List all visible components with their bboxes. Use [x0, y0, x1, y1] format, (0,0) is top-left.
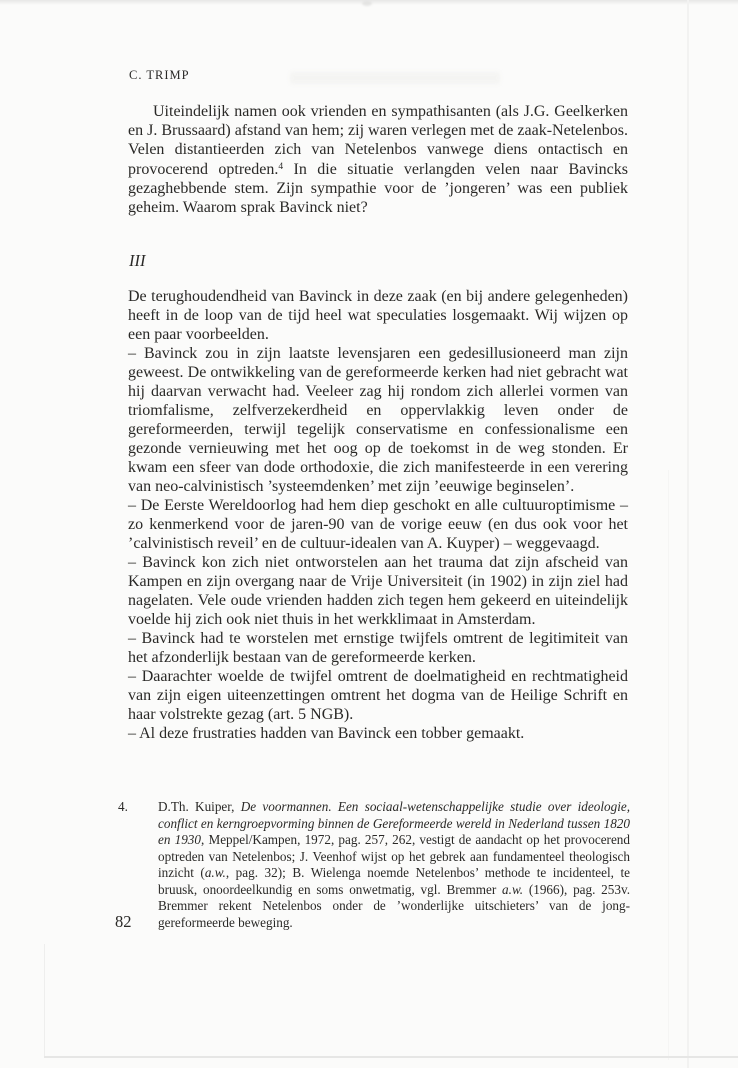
page-number: 82 — [115, 912, 132, 932]
speculation-item: – Al deze frustraties hadden van Bavinck… — [128, 724, 628, 743]
footnote-reference-marker: 4 — [278, 162, 283, 172]
section-heading: III — [129, 251, 145, 271]
speculation-item: – De Eerste Wereldoorlog had hem diep ge… — [128, 496, 628, 553]
speculation-list: – Bavinck zou in zijn laatste levensjare… — [128, 344, 628, 743]
speculation-item: – Bavinck had te worstelen met ernstige … — [128, 629, 628, 667]
scanned-book-page: { "scan": { "paper_color": "#fbfbfa", "i… — [0, 0, 738, 1068]
section-intro-paragraph: De terughoudendheid van Bavinck in deze … — [128, 287, 628, 344]
speculation-item: – Bavinck zou in zijn laatste levensjare… — [128, 344, 628, 496]
scan-edge-bottom-left — [44, 944, 45, 1056]
running-header: C. TRIMP — [129, 68, 190, 83]
scan-bleedthrough-ghost — [290, 72, 500, 84]
footnote-number: 4. — [118, 799, 128, 816]
speculation-item: – Daarachter woelde de twijfel omtrent d… — [128, 667, 628, 724]
scan-smudge — [362, 1, 372, 6]
footnote: 4. D.Th. Kuiper, De voormannen. Een soci… — [118, 799, 630, 931]
scan-edge-bottom — [44, 1056, 738, 1058]
section-body: De terughoudendheid van Bavinck in deze … — [128, 287, 628, 743]
footnote-segment-italic: a.w. — [205, 865, 226, 880]
footnote-text: D.Th. Kuiper, De voormannen. Een sociaal… — [158, 799, 630, 930]
speculation-item: – Bavinck kon zich niet ontworstelen aan… — [128, 553, 628, 629]
scan-line-right — [687, 0, 689, 1068]
intro-paragraph: Uiteindelijk namen ook vrienden en sympa… — [128, 102, 628, 217]
footnote-segment-italic: a.w. — [502, 882, 523, 897]
footnote-segment: D.Th. Kuiper, — [158, 799, 241, 814]
scan-line-right-soft — [668, 470, 669, 1060]
